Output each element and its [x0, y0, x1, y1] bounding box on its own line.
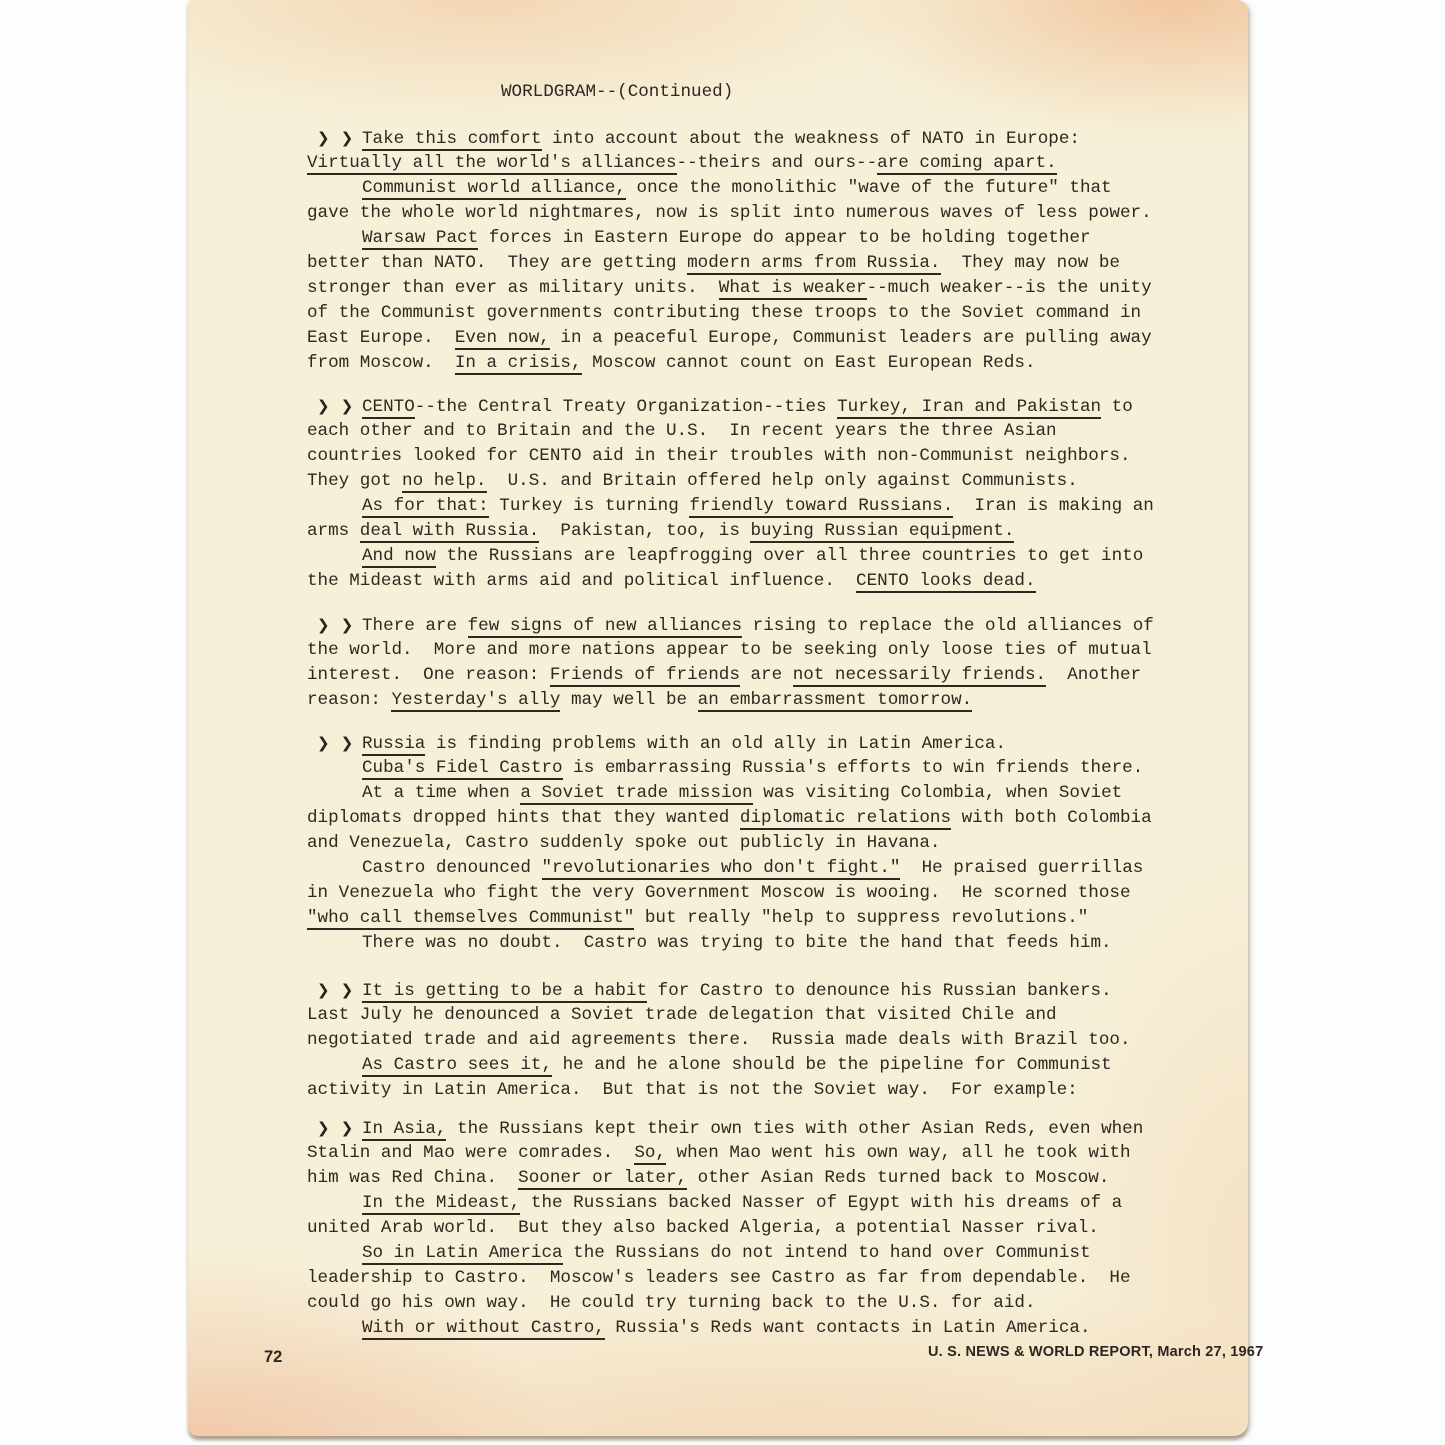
page-header-title: WORLDGRAM--(Continued)	[501, 80, 733, 105]
underlined-text: not necessarily friends.	[793, 665, 1046, 687]
underlined-text: Communist world alliance,	[362, 178, 626, 200]
text-run: U.S. and Britain offered help only again…	[487, 471, 1078, 491]
footer-magazine-credit: U. S. NEWS & WORLD REPORT, March 27, 196…	[928, 1344, 1218, 1360]
text-run: in a peaceful Europe, Communist leaders …	[550, 328, 1152, 348]
text-line: ❯ ❯There are few signs of new alliances …	[307, 613, 1187, 638]
text-run: Another	[1046, 665, 1141, 685]
text-run: He praised guerrillas	[900, 858, 1143, 878]
text-run: the Mideast with arms aid and political …	[307, 571, 856, 591]
text-run: East Europe.	[307, 328, 455, 348]
underlined-text: It is getting to be a habit	[362, 981, 647, 1003]
underlined-text: few signs of new alliances	[468, 616, 743, 638]
text-run: reason:	[307, 690, 391, 710]
text-line: Communist world alliance, once the monol…	[307, 176, 1187, 201]
text-run: when Mao went his own way, all he took w…	[666, 1143, 1131, 1163]
text-line: Last July he denounced a Soviet trade de…	[307, 1003, 1187, 1028]
text-line: In the Mideast, the Russians backed Nass…	[307, 1191, 1187, 1216]
text-line: ❯ ❯CENTO--the Central Treaty Organizatio…	[307, 394, 1187, 419]
text-line: activity in Latin America. But that is n…	[307, 1078, 1187, 1103]
text-line: leadership to Castro. Moscow's leaders s…	[307, 1266, 1187, 1291]
underlined-text: Take this comfort	[362, 129, 542, 151]
text-run: better than NATO. They are getting	[307, 253, 687, 273]
text-run: leadership to Castro. Moscow's leaders s…	[307, 1268, 1131, 1288]
text-run: may well be	[560, 690, 697, 710]
text-line: They got no help. U.S. and Britain offer…	[307, 469, 1187, 494]
section-asia-mideast-latin: ❯ ❯In Asia, the Russians kept their own …	[307, 1116, 1187, 1341]
text-run: stronger than ever as military units.	[307, 278, 719, 298]
text-line: reason: Yesterday's ally may well be an …	[307, 688, 1187, 713]
text-run: into account about the weakness of NATO …	[542, 129, 1080, 149]
text-run: forces in Eastern Europe do appear to be…	[478, 228, 1090, 248]
text-line: the Mideast with arms aid and political …	[307, 569, 1187, 594]
underlined-text: Russia	[362, 734, 425, 756]
text-line: ❯ ❯In Asia, the Russians kept their own …	[307, 1116, 1187, 1141]
text-run: to	[1101, 397, 1133, 417]
text-run: --much weaker--is the unity	[867, 278, 1152, 298]
footer-page-number: 72	[264, 1348, 282, 1367]
underlined-text: modern arms from Russia.	[687, 253, 940, 275]
text-run: There was no doubt. Castro was trying to…	[362, 933, 1112, 953]
text-run: Last July he denounced a Soviet trade de…	[307, 1005, 1057, 1025]
text-run: rising to replace the old alliances of	[742, 616, 1154, 636]
underlined-text: In the Mideast,	[362, 1193, 520, 1215]
bullet-chevrons-icon: ❯ ❯	[307, 126, 362, 151]
underlined-text: With or without Castro,	[362, 1318, 605, 1340]
text-run: They got	[307, 471, 402, 491]
text-line: As for that: Turkey is turning friendly …	[307, 494, 1187, 519]
text-line: As Castro sees it, he and he alone shoul…	[307, 1053, 1187, 1078]
underlined-text: Cuba's Fidel Castro	[362, 758, 563, 780]
text-line: of the Communist governments contributin…	[307, 301, 1187, 326]
underlined-text: Virtually all the world's alliances	[307, 153, 677, 175]
bullet-chevrons-icon: ❯ ❯	[307, 731, 362, 756]
section-castro-habit: ❯ ❯It is getting to be a habit for Castr…	[307, 978, 1187, 1103]
text-run: the Russians kept their own ties with ot…	[446, 1119, 1143, 1139]
text-line: Cuba's Fidel Castro is embarrassing Russ…	[307, 756, 1187, 781]
text-line: Stalin and Mao were comrades. So, when M…	[307, 1141, 1187, 1166]
bullet-chevrons-icon: ❯ ❯	[307, 613, 362, 638]
text-line: ❯ ❯It is getting to be a habit for Castr…	[307, 978, 1187, 1003]
underlined-text: Warsaw Pact	[362, 228, 478, 250]
text-run: is embarrassing Russia's efforts to win …	[563, 758, 1144, 778]
text-line: interest. One reason: Friends of friends…	[307, 663, 1187, 688]
text-line: "who call themselves Communist" but real…	[307, 906, 1187, 931]
text-line: in Venezuela who fight the very Governme…	[307, 881, 1187, 906]
text-run: negotiated trade and aid agreements ther…	[307, 1030, 1131, 1050]
text-run: gave the whole world nightmares, now is …	[307, 203, 1152, 223]
text-run: for Castro to denounce his Russian banke…	[647, 981, 1112, 1001]
underlined-text: diplomatic relations	[740, 808, 951, 830]
text-line: At a time when a Soviet trade mission wa…	[307, 781, 1187, 806]
underlined-text: As for that:	[362, 496, 489, 518]
underlined-text: In a crisis,	[455, 353, 582, 375]
text-line: ❯ ❯Take this comfort into account about …	[307, 126, 1187, 151]
underlined-text: Yesterday's ally	[391, 690, 560, 712]
text-line: So in Latin America the Russians do not …	[307, 1241, 1187, 1266]
text-line: from Moscow. In a crisis, Moscow cannot …	[307, 351, 1187, 376]
text-run: At a time when	[362, 783, 520, 803]
text-run: could go his own way. He could try turni…	[307, 1293, 1036, 1313]
document-page: WORLDGRAM--(Continued) ❯ ❯Take this comf…	[188, 0, 1248, 1436]
text-line: arms deal with Russia. Pakistan, too, is…	[307, 519, 1187, 544]
text-run: each other and to Britain and the U.S. I…	[307, 421, 1057, 441]
text-run: from Moscow.	[307, 353, 455, 373]
underlined-text: So in Latin America	[362, 1243, 563, 1265]
text-run: the Russians do not intend to hand over …	[563, 1243, 1091, 1263]
bullet-chevrons-icon: ❯ ❯	[307, 394, 362, 419]
underlined-text: a Soviet trade mission	[520, 783, 752, 805]
underlined-text: CENTO	[362, 397, 415, 419]
text-line: ❯ ❯Russia is finding problems with an ol…	[307, 731, 1187, 756]
underlined-text: And now	[362, 546, 436, 568]
scanned-page-canvas: WORLDGRAM--(Continued) ❯ ❯Take this comf…	[0, 0, 1445, 1445]
text-run: other Asian Reds turned back to Moscow.	[687, 1168, 1109, 1188]
text-run: Turkey is turning	[489, 496, 690, 516]
text-run: was visiting Colombia, when Soviet	[753, 783, 1123, 803]
text-line: diplomats dropped hints that they wanted…	[307, 806, 1187, 831]
text-line: Virtually all the world's alliances--the…	[307, 151, 1187, 176]
underlined-text: CENTO looks dead.	[856, 571, 1036, 593]
text-line: There was no doubt. Castro was trying to…	[307, 931, 1187, 956]
underlined-text: In Asia,	[362, 1119, 446, 1141]
text-run: --theirs and ours--	[677, 153, 878, 173]
text-run: but really "help to suppress revolutions…	[634, 908, 1088, 928]
text-run: There are	[362, 616, 468, 636]
underlined-text: As Castro sees it,	[362, 1055, 552, 1077]
section-nato-alliances: ❯ ❯Take this comfort into account about …	[307, 126, 1187, 376]
text-line: gave the whole world nightmares, now is …	[307, 201, 1187, 226]
text-run: with both Colombia	[951, 808, 1152, 828]
text-run: arms	[307, 521, 360, 541]
text-run: --the Central Treaty Organization--ties	[415, 397, 837, 417]
underlined-text: "who call themselves Communist"	[307, 908, 634, 930]
text-run: the Russians backed Nasser of Egypt with…	[520, 1193, 1122, 1213]
text-run: the world. More and more nations appear …	[307, 640, 1152, 660]
text-line: negotiated trade and aid agreements ther…	[307, 1028, 1187, 1053]
text-run: Moscow cannot count on East European Red…	[582, 353, 1036, 373]
section-russia-castro: ❯ ❯Russia is finding problems with an ol…	[307, 731, 1187, 956]
bullet-chevrons-icon: ❯ ❯	[307, 1116, 362, 1141]
text-run: Castro denounced	[362, 858, 542, 878]
text-line: him was Red China. Sooner or later, othe…	[307, 1166, 1187, 1191]
text-line: stronger than ever as military units. Wh…	[307, 276, 1187, 301]
text-line: each other and to Britain and the U.S. I…	[307, 419, 1187, 444]
text-run: diplomats dropped hints that they wanted	[307, 808, 740, 828]
text-run: Iran is making an	[953, 496, 1154, 516]
text-run: of the Communist governments contributin…	[307, 303, 1141, 323]
text-run: Stalin and Mao were comrades.	[307, 1143, 634, 1163]
text-run: They may now be	[941, 253, 1121, 273]
text-line: and Venezuela, Castro suddenly spoke out…	[307, 831, 1187, 856]
underlined-text: Friends of friends	[550, 665, 740, 687]
underlined-text: friendly toward Russians.	[689, 496, 953, 518]
text-line: the world. More and more nations appear …	[307, 638, 1187, 663]
text-run: countries looked for CENTO aid in their …	[307, 446, 1131, 466]
underlined-text: So,	[634, 1143, 666, 1165]
underlined-text: are coming apart.	[877, 153, 1057, 175]
text-run: in Venezuela who fight the very Governme…	[307, 883, 1131, 903]
text-line: countries looked for CENTO aid in their …	[307, 444, 1187, 469]
text-run: are	[740, 665, 793, 685]
section-cento: ❯ ❯CENTO--the Central Treaty Organizatio…	[307, 394, 1187, 594]
text-run: he and he alone should be the pipeline f…	[552, 1055, 1112, 1075]
text-line: And now the Russians are leapfrogging ov…	[307, 544, 1187, 569]
underlined-text: What is weaker	[719, 278, 867, 300]
text-run: Pakistan, too, is	[539, 521, 750, 541]
text-run: activity in Latin America. But that is n…	[307, 1080, 1078, 1100]
text-line: united Arab world. But they also backed …	[307, 1216, 1187, 1241]
text-line: Warsaw Pact forces in Eastern Europe do …	[307, 226, 1187, 251]
text-run: him was Red China.	[307, 1168, 518, 1188]
text-line: Castro denounced "revolutionaries who do…	[307, 856, 1187, 881]
underlined-text: Even now,	[455, 328, 550, 350]
text-run: interest. One reason:	[307, 665, 550, 685]
text-run: the Russians are leapfrogging over all t…	[436, 546, 1143, 566]
text-line: better than NATO. They are getting moder…	[307, 251, 1187, 276]
bullet-chevrons-icon: ❯ ❯	[307, 978, 362, 1003]
underlined-text: no help.	[402, 471, 486, 493]
underlined-text: deal with Russia.	[360, 521, 540, 543]
underlined-text: "revolutionaries who don't fight."	[542, 858, 901, 880]
underlined-text: an embarrassment tomorrow.	[698, 690, 973, 712]
text-run: and Venezuela, Castro suddenly spoke out…	[307, 833, 940, 853]
text-run: is finding problems with an old ally in …	[425, 734, 1006, 754]
underlined-text: Turkey, Iran and Pakistan	[837, 397, 1101, 419]
underlined-text: Sooner or later,	[518, 1168, 687, 1190]
text-line: With or without Castro, Russia's Reds wa…	[307, 1316, 1187, 1341]
text-run: Russia's Reds want contacts in Latin Ame…	[605, 1318, 1091, 1338]
text-run: united Arab world. But they also backed …	[307, 1218, 1099, 1238]
text-line: East Europe. Even now, in a peaceful Eur…	[307, 326, 1187, 351]
underlined-text: buying Russian equipment.	[750, 521, 1014, 543]
text-line: could go his own way. He could try turni…	[307, 1291, 1187, 1316]
text-run: once the monolithic "wave of the future"…	[626, 178, 1112, 198]
section-new-alliances: ❯ ❯There are few signs of new alliances …	[307, 613, 1187, 713]
